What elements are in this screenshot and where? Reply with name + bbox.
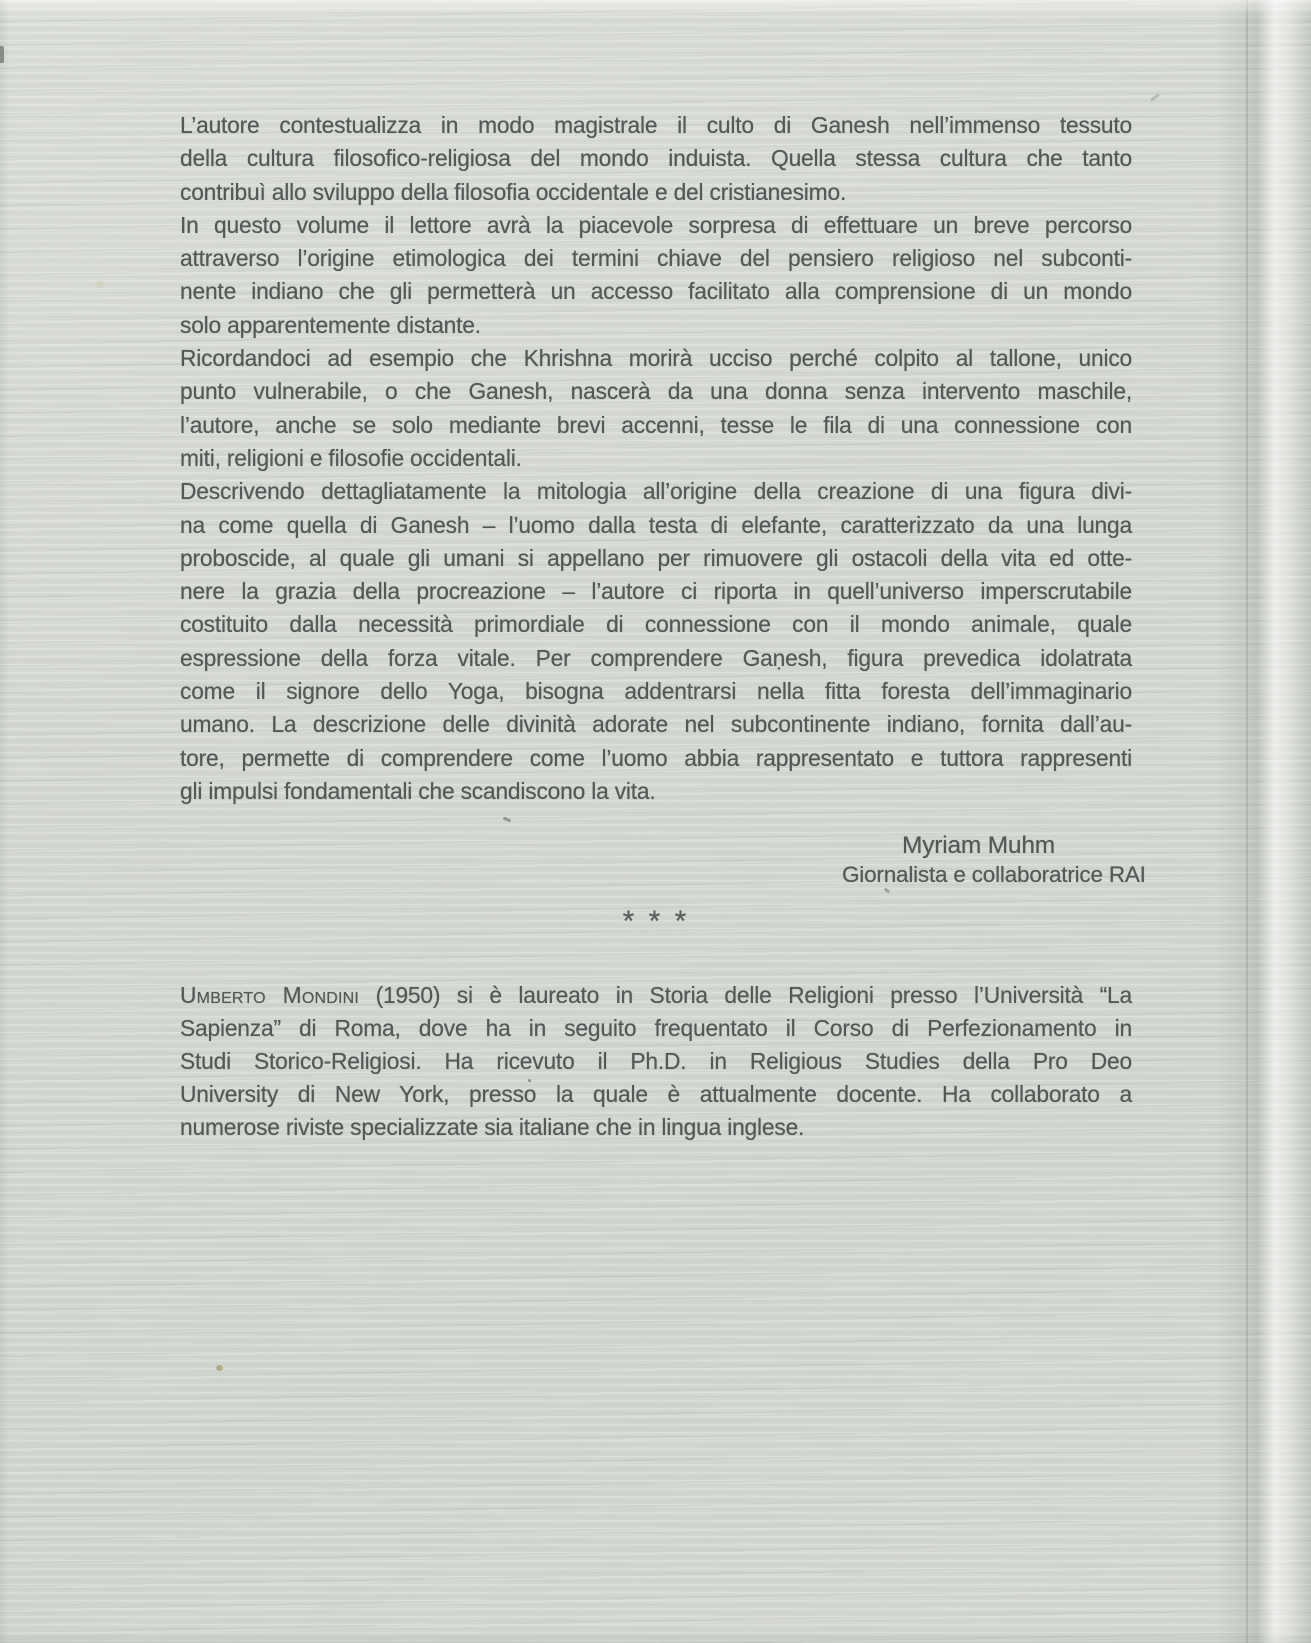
scan-artifact-left-dash [0, 46, 4, 63]
text-line: Sapienza” di Roma, dove ha in seguito fr… [180, 1012, 1132, 1045]
text-line: nere la grazia della procreazione – l’au… [180, 575, 1132, 608]
text-line: espressione della forza vitale. Per comp… [180, 642, 1132, 675]
text-line: miti, religioni e filosofie occidentali. [180, 442, 1132, 475]
text-line: gli impulsi fondamentali che scandiscono… [180, 775, 1132, 808]
text-line: L’autore contestualizza in modo magistra… [180, 109, 1132, 142]
text-line: umano. La descrizione delle divinità ado… [180, 708, 1132, 741]
text-line: proboscide, al quale gli umani si appell… [180, 542, 1132, 575]
text-line: contribuì allo sviluppo della filosofia … [180, 176, 1132, 209]
text-line: come il signore dello Yoga, bisogna adde… [180, 675, 1132, 708]
text-line: nente indiano che gli permetterà un acce… [180, 275, 1132, 308]
text-line: della cultura filosofico-religiosa del m… [180, 142, 1132, 175]
text-line: solo apparentemente distante. [180, 309, 1132, 342]
text-line: Descrivendo dettagliatamente la mitologi… [180, 475, 1132, 508]
text-line: Ricordandoci ad esempio che Khrishna mor… [180, 342, 1132, 375]
text-line: attraverso l’origine etimologica dei ter… [180, 242, 1132, 275]
text-line: l’autore, anche se solo mediante brevi a… [180, 409, 1132, 442]
paper-stain-speck [95, 281, 104, 288]
text-line: numerose riviste specializzate sia itali… [180, 1111, 1132, 1144]
scan-artifact-tick [503, 817, 512, 823]
text-line: In questo volume il lettore avrà la piac… [180, 209, 1132, 242]
text-line: University di New York, presso la quale … [180, 1078, 1132, 1111]
text-line: Studi Storico-Religiosi. Ha ricevuto il … [180, 1045, 1132, 1078]
text-line: punto vulnerabile, o che Ganesh, nascerà… [180, 375, 1132, 408]
review-text-block: L’autore contestualizza in modo magistra… [180, 109, 1132, 808]
page-edge-bottom [0, 1631, 1311, 1643]
scanned-page: L’autore contestualizza in modo magistra… [0, 0, 1311, 1643]
text-line: Umberto Mondini (1950) si è laureato in … [180, 979, 1132, 1012]
paper-stain-speck [216, 1365, 223, 1371]
reviewer-role: Giornalista e collaboratrice RAI [842, 861, 1146, 889]
page-edge-left [0, 0, 10, 1643]
page-fold-highlight [1215, 0, 1311, 1643]
text-line: costituito dalla necessità primordiale d… [180, 608, 1132, 641]
reviewer-name: Myriam Muhm [902, 831, 1055, 861]
scan-artifact-tick [1150, 93, 1160, 101]
page-edge-top [0, 0, 1311, 16]
text-line: tore, permette di comprendere come l’uom… [180, 742, 1132, 775]
text-line: na come quella di Ganesh – l’uomo dalla … [180, 509, 1132, 542]
author-bio-block: Umberto Mondini (1950) si è laureato in … [180, 979, 1132, 1144]
section-separator-stars: * * * [180, 907, 1132, 937]
page-crease-line [1246, 0, 1248, 1643]
